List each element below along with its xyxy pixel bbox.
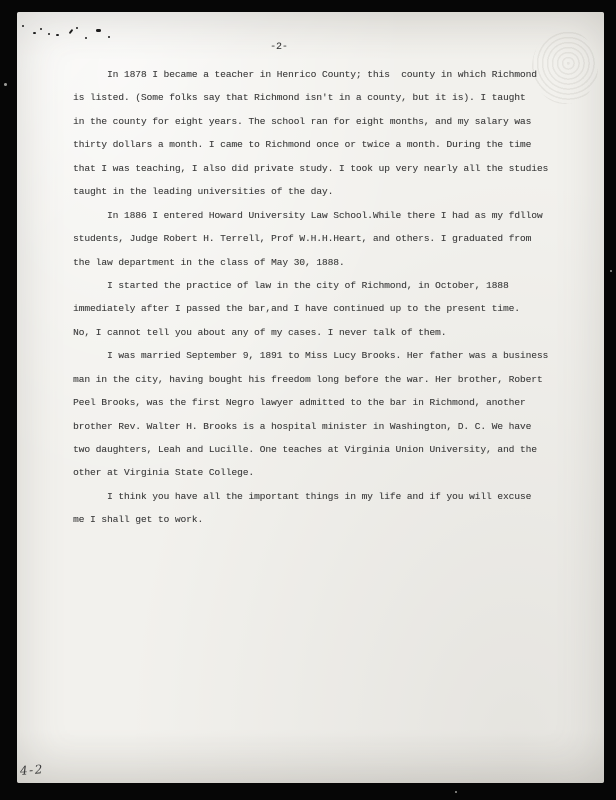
text-line: immediately after I passed the bar,and I… — [73, 297, 573, 320]
text-line: In 1878 I became a teacher in Henrico Co… — [73, 63, 573, 86]
dust-speck — [4, 83, 7, 86]
text-line: brother Rev. Walter H. Brooks is a hospi… — [73, 415, 573, 438]
document-page: -2- In 1878 I became a teacher in Henric… — [17, 12, 604, 783]
page-number: -2- — [261, 41, 297, 52]
text-line: I started the practice of law in the cit… — [73, 274, 573, 297]
text-line: is listed. (Some folks say that Richmond… — [73, 86, 573, 109]
text-line: other at Virginia State College. — [73, 461, 573, 484]
text-line: the law department in the class of May 3… — [73, 251, 573, 274]
handwritten-page-number: 4-2 — [20, 762, 45, 778]
text-line: two daughters, Leah and Lucille. One tea… — [73, 438, 573, 461]
text-line: in the county for eight years. The schoo… — [73, 110, 573, 133]
text-line: man in the city, having bought his freed… — [73, 368, 573, 391]
dust-speck — [610, 270, 612, 272]
text-line: that I was teaching, I also did private … — [73, 157, 573, 180]
text-line: In 1886 I entered Howard University Law … — [73, 204, 573, 227]
text-line: No, I cannot tell you about any of my ca… — [73, 321, 573, 344]
dust-speck — [455, 791, 457, 793]
text-line: I think you have all the important thing… — [73, 485, 573, 508]
scan-background: { "document": { "page_number": "-2-", "h… — [0, 0, 616, 800]
typewritten-text: In 1878 I became a teacher in Henrico Co… — [73, 63, 573, 532]
text-line: thirty dollars a month. I came to Richmo… — [73, 133, 573, 156]
text-line: Peel Brooks, was the first Negro lawyer … — [73, 391, 573, 414]
text-line: students, Judge Robert H. Terrell, Prof … — [73, 227, 573, 250]
text-line: me I shall get to work. — [73, 508, 573, 531]
text-line: taught in the leading universities of th… — [73, 180, 573, 203]
text-line: I was married September 9, 1891 to Miss … — [73, 344, 573, 367]
